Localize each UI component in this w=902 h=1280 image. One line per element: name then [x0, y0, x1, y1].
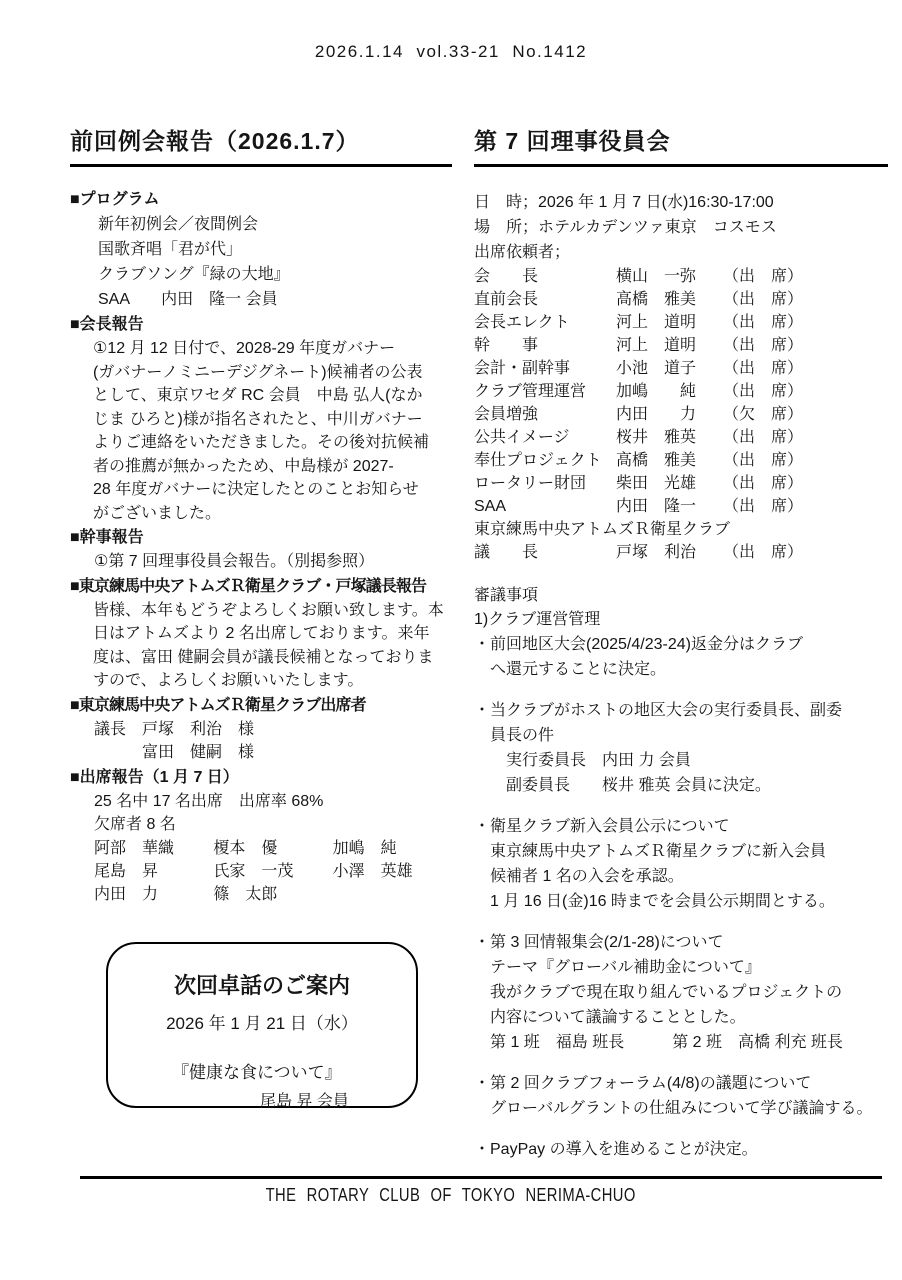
club-name-footer: THE ROTARY CLUB OF TOKYO NERIMA-CHUO [0, 1185, 902, 1206]
attendees-label: 出席依頼者； [474, 240, 888, 265]
attendee-status: （出 席） [723, 380, 803, 403]
program-line: 国歌斉唱「君が代」 [70, 237, 452, 262]
satellite-club-label: 東京練馬中央アトムズＲ衛星クラブ [474, 518, 888, 541]
attendee-status: （出 席） [723, 426, 803, 449]
attendee-status: （出 席） [723, 265, 803, 288]
attendee-role: 奉仕プロジェクト [474, 449, 616, 472]
meeting-datetime: 日 時；2026 年 1 月 7 日(水)16:30-17:00 [474, 190, 888, 215]
secretary-report-line: ①第 7 回理事役員会報告。（別掲参照） [70, 550, 452, 574]
president-report-body: ①12 月 12 日付で、2028-29 年度ガバナー (ガバナーノミニーデジグ… [70, 337, 452, 525]
next-talk-title: 次回卓話のご案内 [108, 969, 416, 1000]
meeting-info: 日 時；2026 年 1 月 7 日(水)16:30-17:00 場 所；ホテル… [474, 190, 888, 265]
attendee-role: 会計・副幹事 [474, 357, 616, 380]
next-talk-theme: 『健康な食について』 [172, 1058, 416, 1083]
board-attendee-row: 会長エレクト 河上 道明 （出 席） [474, 311, 888, 334]
secretary-report-heading: ■幹事報告 [70, 525, 452, 550]
agenda-item: ・前回地区大会(2025/4/23-24)返金分はクラブ へ還元することに決定。 [474, 632, 888, 682]
satellite-chair-report-body: 皆様、本年もどうぞよろしくお願い致します。本 日はアトムズより 2 名出席してお… [70, 599, 452, 693]
agenda-item: ・第 2 回クラブフォーラム(4/8)の議題について グローバルグラントの仕組み… [474, 1071, 888, 1121]
deliberation-heading: 審議事項 [474, 584, 888, 608]
agenda-item: ・衛星クラブ新入会員公示について 東京練馬中央アトムズＲ衛星クラブに新入会員 候… [474, 814, 888, 914]
attendee-name: 内田 隆一 [616, 495, 723, 518]
deliberation-subheading: 1)クラブ運営管理 [474, 608, 888, 632]
absentee-name [333, 883, 452, 906]
attendee-status: （出 席） [723, 288, 803, 311]
agenda-item: ・PayPay の導入を進めることが決定。 [474, 1137, 888, 1162]
board-attendee-row: SAA 内田 隆一 （出 席） [474, 495, 888, 518]
satellite-attendee-line: 議長 戸塚 利治 様 [70, 718, 452, 742]
board-attendee-row: 会 長 横山 一弥 （出 席） [474, 265, 888, 288]
attendee-name: 高橋 雅美 [616, 449, 723, 472]
attendee-status: （出 席） [723, 541, 803, 564]
next-talk-box: 次回卓話のご案内 2026 年 1 月 21 日（水） 『健康な食について』 尾… [106, 942, 418, 1108]
absentee-name: 小澤 英雄 [333, 860, 452, 883]
absentee-row: 尾島 昇 氏家 一茂 小澤 英雄 [70, 860, 452, 883]
absentee-name: 篠 太郎 [213, 883, 332, 906]
attendee-role: 幹 事 [474, 334, 616, 357]
satellite-attendees-heading: ■東京練馬中央アトムズＲ衛星クラブ出席者 [70, 693, 452, 718]
board-attendee-row: クラブ管理運営 加嶋 純 （出 席） [474, 380, 888, 403]
program-line: 新年初例会／夜間例会 [70, 212, 452, 237]
absentee-row: 内田 力 篠 太郎 [70, 883, 452, 906]
board-attendee-row: 会計・副幹事 小池 道子 （出 席） [474, 357, 888, 380]
attendee-name: 加嶋 純 [616, 380, 723, 403]
board-attendee-row: 議 長 戸塚 利治 （出 席） [474, 541, 888, 564]
attendee-role: 会員増強 [474, 403, 616, 426]
board-attendee-row: 幹 事 河上 道明 （出 席） [474, 334, 888, 357]
absentee-name: 加嶋 純 [333, 837, 452, 860]
attendee-role: 公共イメージ [474, 426, 616, 449]
footer-rule [80, 1176, 882, 1179]
attendee-name: 横山 一弥 [616, 265, 723, 288]
agenda-item: ・当クラブがホストの地区大会の実行委員長、副委 員長の件 実行委員長 内田 力 … [474, 698, 888, 798]
board-attendee-row: 奉仕プロジェクト 高橋 雅美 （出 席） [474, 449, 888, 472]
attendee-role: クラブ管理運営 [474, 380, 616, 403]
attendee-status: （出 席） [723, 495, 803, 518]
absent-count: 欠席者 8 名 [70, 813, 452, 837]
left-column-title: 前回例会報告（2026.1.7） [70, 125, 452, 167]
attendee-name: 内田 力 [616, 403, 723, 426]
attendee-status: （出 席） [723, 334, 803, 357]
program-line: SAA 内田 隆一 会員 [70, 287, 452, 312]
attendee-role: 議 長 [474, 541, 616, 564]
absentee-name: 阿部 華織 [94, 837, 213, 860]
attendee-role: SAA [474, 495, 616, 518]
program-line: クラブソング『緑の大地』 [70, 262, 452, 287]
absentee-name: 尾島 昇 [94, 860, 213, 883]
attendee-role: 会長エレクト [474, 311, 616, 334]
attendee-status: （出 席） [723, 449, 803, 472]
board-attendee-row: 会員増強 内田 力 （欠 席） [474, 403, 888, 426]
absentee-name: 榎本 優 [213, 837, 332, 860]
attendance-summary: 25 名中 17 名出席 出席率 68% [70, 790, 452, 814]
president-report-heading: ■会長報告 [70, 312, 452, 337]
satellite-chair-report-heading: ■東京練馬中央アトムズＲ衛星クラブ・戸塚議長報告 [70, 574, 452, 599]
meeting-place: 場 所；ホテルカデンツァ東京 コスモス [474, 215, 888, 240]
next-talk-date: 2026 年 1 月 21 日（水） [108, 1009, 416, 1034]
board-attendee-row: ロータリー財団 柴田 光雄 （出 席） [474, 472, 888, 495]
next-talk-speaker: 尾島 昇 会員 [260, 1088, 416, 1111]
attendee-role: 会 長 [474, 265, 616, 288]
board-attendee-row: 公共イメージ 桜井 雅英 （出 席） [474, 426, 888, 449]
right-column-title: 第 7 回理事役員会 [474, 125, 888, 167]
attendee-status: （出 席） [723, 311, 803, 334]
attendee-role: 直前会長 [474, 288, 616, 311]
board-meeting-column: 第 7 回理事役員会 日 時；2026 年 1 月 7 日(水)16:30-17… [474, 125, 888, 1178]
attendee-name: 高橋 雅美 [616, 288, 723, 311]
absentee-row: 阿部 華織 榎本 優 加嶋 純 [70, 837, 452, 860]
previous-meeting-report-column: 前回例会報告（2026.1.7） ■プログラム 新年初例会／夜間例会 国歌斉唱「… [70, 125, 452, 1108]
attendee-name: 戸塚 利治 [616, 541, 723, 564]
board-attendee-row: 直前会長 高橋 雅美 （出 席） [474, 288, 888, 311]
bulletin-page: 2026.1.14 vol.33-21 No.1412 前回例会報告（2026.… [0, 0, 902, 1280]
attendee-name: 小池 道子 [616, 357, 723, 380]
attendee-name: 桜井 雅英 [616, 426, 723, 449]
deliberation-section: 審議事項 1)クラブ運営管理 ・前回地区大会(2025/4/23-24)返金分は… [474, 584, 888, 1162]
attendee-status: （欠 席） [723, 403, 803, 426]
absentee-name: 内田 力 [94, 883, 213, 906]
attendee-name: 河上 道明 [616, 311, 723, 334]
program-heading: ■プログラム [70, 187, 452, 212]
satellite-attendee-line: 富田 健嗣 様 [70, 741, 452, 765]
attendee-status: （出 席） [723, 472, 803, 495]
agenda-item: ・第 3 回情報集会(2/1-28)について テーマ『グローバル補助金について』… [474, 930, 888, 1055]
attendee-name: 河上 道明 [616, 334, 723, 357]
attendance-heading: ■出席報告（1 月 7 日） [70, 765, 452, 790]
attendee-status: （出 席） [723, 357, 803, 380]
attendee-name: 柴田 光雄 [616, 472, 723, 495]
issue-header: 2026.1.14 vol.33-21 No.1412 [0, 42, 902, 62]
attendee-role: ロータリー財団 [474, 472, 616, 495]
absentee-name: 氏家 一茂 [213, 860, 332, 883]
